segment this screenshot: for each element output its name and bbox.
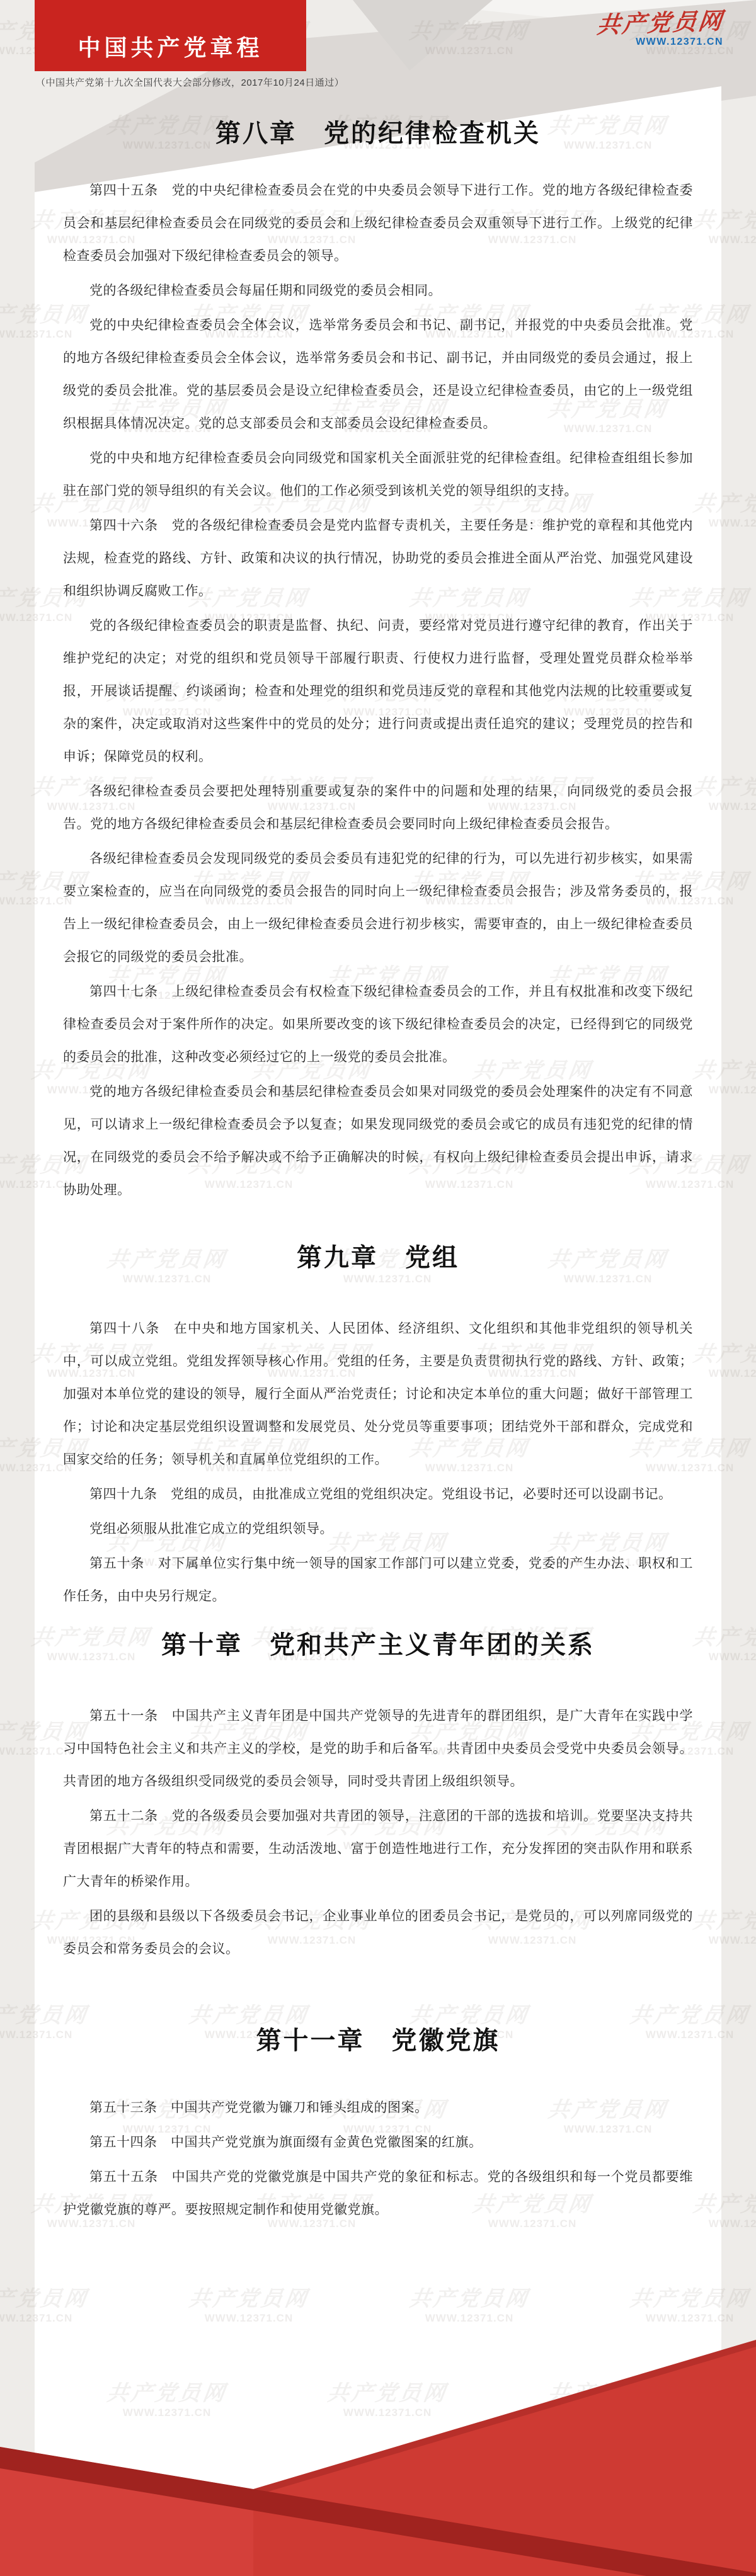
site-logo-calligraphy[interactable]: 共产党员网 [596,9,725,37]
article-paragraph: 第四十九条 党组的成员，由批准成立党组的党组织决定。党组设书记，必要时还可以设副… [63,1478,693,1511]
article-paragraph: 团的县级和县级以下各级委员会书记，企业事业单位的团委员会书记，是党员的，可以列席… [63,1900,693,1966]
site-url[interactable]: WWW.12371.CN [597,37,723,48]
page: { "header": { "banner_title": "中国共产党章程",… [0,0,756,2576]
document-subtitle: （中国共产党第十九次全国代表大会部分修改，2017年10月24日通过） [36,76,344,89]
chapter-paragraphs: 第四十八条 在中央和地方国家机关、人民团体、经济组织、文化组织和其他非党组织的领… [35,1313,721,1613]
article-paragraph: 第四十八条 在中央和地方国家机关、人民团体、经济组织、文化组织和其他非党组织的领… [63,1313,693,1476]
chapter-title: 第十一章 党徽党旗 [35,2024,721,2057]
article-paragraph: 党的各级纪律检查委员会的职责是监督、执纪、问责，要经常对党员进行遵守纪律的教育，… [63,610,693,773]
title-banner: 中国共产党章程 [35,0,306,71]
article-paragraph: 第五十二条 党的各级委员会要加强对共青团的领导，注意团的干部的选拔和培训。党要坚… [63,1800,693,1898]
article-paragraph: 第四十六条 党的各级纪律检查委员会是党内监督专责机关，主要任务是：维护党的章程和… [63,510,693,608]
article-paragraph: 第四十七条 上级纪律检查委员会有权检查下级纪律检查委员会的工作，并且有权批准和改… [63,976,693,1074]
chapter-title: 第十章 党和共产主义青年团的关系 [35,1629,721,1661]
article-paragraph: 第五十一条 中国共产主义青年团是中国共产党领导的先进青年的群团组织，是广大青年在… [63,1700,693,1798]
article-paragraph: 党的中央纪律检查委员会全体会议，选举常务委员会和书记、副书记，并报党的中央委员会… [63,309,693,440]
document-title: 中国共产党章程 [77,30,263,71]
article-paragraph: 第五十条 对下属单位实行集中统一领导的国家工作部门可以建立党委，党委的产生办法、… [63,1547,693,1613]
article-paragraph: 党的地方各级纪律检查委员会和基层纪律检查委员会如果对同级党的委员会处理案件的决定… [63,1076,693,1207]
article-paragraph: 党的各级纪律检查委员会每届任期和同级党的委员会相同。 [63,275,693,307]
article-paragraph: 第五十四条 中国共产党党旗为旗面缀有金黄色党徽图案的红旗。 [63,2126,693,2159]
chapter-section: 第八章 党的纪律检查机关第四十五条 党的中央纪律检查委员会在党的中央委员会领导下… [35,117,721,1207]
chapter-paragraphs: 第五十一条 中国共产主义青年团是中国共产党领导的先进青年的群团组织，是广大青年在… [35,1700,721,1966]
article-paragraph: 第五十三条 中国共产党党徽为镰刀和锤头组成的图案。 [63,2092,693,2124]
site-logo[interactable]: 共产党员网 WWW.12371.CN [597,11,723,48]
chapter-paragraphs: 第五十三条 中国共产党党徽为镰刀和锤头组成的图案。第五十四条 中国共产党党旗为旗… [35,2092,721,2226]
document-body: 第八章 党的纪律检查机关第四十五条 党的中央纪律检查委员会在党的中央委员会领导下… [35,0,721,2228]
chapter-paragraphs: 第四十五条 党的中央纪律检查委员会在党的中央委员会领导下进行工作。党的地方各级纪… [35,174,721,1207]
article-paragraph: 第五十五条 中国共产党的党徽党旗是中国共产党的象征和标志。党的各级组织和每一个党… [63,2161,693,2226]
article-paragraph: 各级纪律检查委员会要把处理特别重要或复杂的案件中的问题和处理的结果，向同级党的委… [63,775,693,841]
article-paragraph: 党的中央和地方纪律检查委员会向同级党和国家机关全面派驻党的纪律检查组。纪律检查组… [63,442,693,508]
chapter-title: 第八章 党的纪律检查机关 [35,117,721,150]
chapter-section: 第九章 党组第四十八条 在中央和地方国家机关、人民团体、经济组织、文化组织和其他… [35,1241,721,1613]
chapter-title: 第九章 党组 [35,1241,721,1274]
article-paragraph: 各级纪律检查委员会发现同级党的委员会委员有违犯党的纪律的行为，可以先进行初步核实… [63,843,693,974]
chapter-section: 第十一章 党徽党旗第五十三条 中国共产党党徽为镰刀和锤头组成的图案。第五十四条 … [35,2024,721,2226]
chapter-section: 第十章 党和共产主义青年团的关系第五十一条 中国共产主义青年团是中国共产党领导的… [35,1629,721,1966]
article-paragraph: 党组必须服从批准它成立的党组织领导。 [63,1513,693,1546]
article-paragraph: 第四十五条 党的中央纪律检查委员会在党的中央委员会领导下进行工作。党的地方各级纪… [63,174,693,273]
